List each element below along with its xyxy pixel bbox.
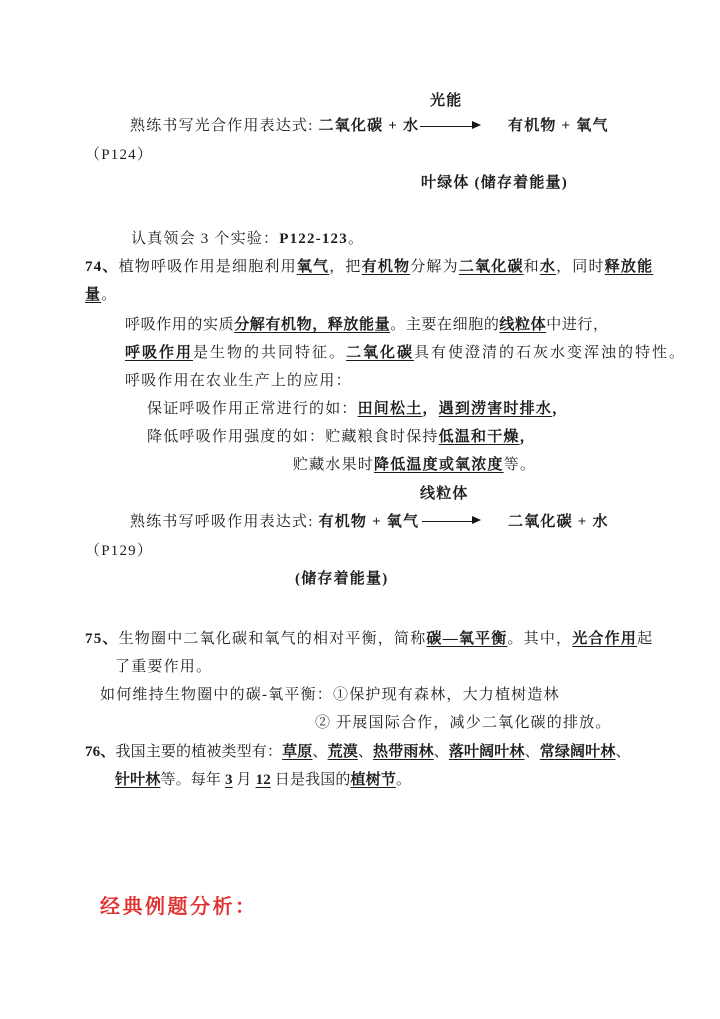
text-segment: 认真领会 3 个实验： [131,231,279,247]
text-segment: 具有使澄清的石灰水变浑浊的特性。 [414,345,686,361]
text-segment: （P124） [85,147,153,163]
document-page: 光能熟练书写光合作用表达式: 二氧化碳 + 水有机物 + 氧气（P124）叶绿体… [0,0,720,1019]
text-segment: ， [520,429,536,445]
text-segment: 、 [312,744,327,760]
text-segment: 碳—氧平衡 [426,631,507,647]
text-segment: 日是我国的 [271,772,351,788]
text-segment: (储存着能量) [295,571,388,587]
text-segment: 、 [616,744,631,760]
text-segment: 、 [525,744,540,760]
text-segment: 。 [348,231,364,247]
text-segment: 二氧化碳 + 水 [508,514,609,530]
text-segment: 经典例题分析： [100,896,258,918]
item-75-line-2: 了重要作用。 [115,659,212,676]
text-segment: 呼吸作用在农业生产上的应用： [125,373,352,389]
text-segment: 中进行， [546,317,608,333]
text-segment: 3 [225,772,233,788]
text-segment: 光能 [430,93,462,109]
text-segment: 降低温度或氧浓度 [374,457,504,473]
text-segment: 是生物的共同特征。 [193,345,346,361]
respiration-feature-line: 呼吸作用是生物的共同特征。二氧化碳具有使澄清的石灰水变浑浊的特性。 [125,345,686,362]
text-segment: 释放能 [605,259,654,275]
text-segment: 、 [434,744,449,760]
respiration-site-label: 线粒体 [420,486,469,503]
text-segment: 线粒体 [499,317,546,333]
application-fruit-line: 贮藏水果时降低温度或氧浓度等。 [293,457,536,474]
text-segment: ，同时 [556,259,605,275]
text-segment: 74、 [85,259,119,275]
text-segment: ② 开展国际合作，减少二氧化碳的排放。 [315,715,612,731]
item-74-line-2: 量。 [85,287,117,304]
text-segment: 有机物 + 氧气 [508,118,609,134]
photosynthesis-formula-left: 熟练书写光合作用表达式: 二氧化碳 + 水 [130,118,419,135]
section-heading-classic-examples: 经典例题分析： [100,899,258,916]
respiration-formula-left: 熟练书写呼吸作用表达式: 有机物 + 氧气 [130,514,419,531]
photosynthesis-site-label: 叶绿体 (储存着能量) [421,175,568,192]
text-segment: 叶绿体 (储存着能量) [421,175,568,191]
text-segment: 落叶阔叶林 [449,744,525,760]
text-segment: 等。 [504,457,536,473]
text-segment: 。其中， [507,631,572,647]
respiration-formula-right: 二氧化碳 + 水 [508,514,609,531]
text-segment: 针叶林 [115,772,160,788]
text-segment: 二氧化碳 [346,345,414,361]
page-ref-p124: （P124） [85,147,153,164]
text-segment: 了重要作用。 [115,659,212,675]
text-segment: 线粒体 [420,486,469,502]
text-segment: 草原 [282,744,312,760]
text-segment: 有机物 + 氧气 [319,514,420,530]
respiration-arrow-icon [422,521,472,522]
item-75-line-1: 75、生物圈中二氧化碳和氧气的相对平衡，简称碳—氧平衡。其中，光合作用起 [85,631,653,648]
text-segment: 低温和干燥 [439,429,520,445]
text-segment: 二氧化碳 [459,259,524,275]
text-segment: 氧气 [297,259,329,275]
text-segment: 75、 [85,631,119,647]
text-segment: P122-123 [279,231,348,247]
text-segment: 12 [256,772,271,788]
text-segment: 等。每年 [160,772,225,788]
text-segment: 热带雨林 [373,744,434,760]
text-segment: 呼吸作用的实质 [125,317,234,333]
respiration-essence-line: 呼吸作用的实质分解有机物，释放能量。主要在细胞的线粒体中进行， [125,317,609,334]
carbon-oxygen-balance-line-1: 如何维持生物圈中的碳-氧平衡：①保护现有森林，大力植树造林 [100,687,560,704]
application-reduce-line: 降低呼吸作用强度的如：贮藏粮食时保持低温和干燥， [147,429,536,446]
text-segment: 保证呼吸作用正常进行的如： [147,401,358,417]
text-segment: 荒漠 [328,744,358,760]
text-segment: 田间松土 [358,401,423,417]
text-segment: 常绿阔叶林 [540,744,616,760]
text-segment: 分解有机物，释放能量 [234,317,390,333]
photosynthesis-condition-label: 光能 [430,93,462,110]
text-segment: 和 [524,259,540,275]
text-segment: ， [552,401,568,417]
text-segment: 呼吸作用 [125,345,193,361]
text-segment: 植物呼吸作用是细胞利用 [119,259,297,275]
text-segment: 。 [101,287,117,303]
photosynthesis-formula-right: 有机物 + 氧气 [508,118,609,135]
text-segment: 熟练书写呼吸作用表达式: [130,514,319,530]
text-segment: 。 [396,772,411,788]
text-segment: 生物圈中二氧化碳和氧气的相对平衡，简称 [119,631,427,647]
energy-stored-label: (储存着能量) [295,571,388,588]
photosynthesis-arrow-icon [420,126,472,127]
text-segment: 降低呼吸作用强度的如：贮藏粮食时保持 [147,429,439,445]
respiration-application-heading: 呼吸作用在农业生产上的应用： [125,373,352,390]
text-segment: 植树节 [351,772,396,788]
text-segment: 起 [637,631,653,647]
text-segment: 。主要在细胞的 [390,317,499,333]
text-segment: 我国主要的植被类型有： [115,744,282,760]
text-segment: 遇到涝害时排水 [439,401,552,417]
item-76-line-2: 针叶林等。每年 3 月 12 日是我国的植树节。 [115,772,411,789]
text-segment: 如何维持生物圈中的碳-氧平衡：①保护现有森林，大力植树造林 [100,687,560,703]
carbon-oxygen-balance-line-2: ② 开展国际合作，减少二氧化碳的排放。 [315,715,612,732]
text-segment: 量 [85,287,101,303]
text-segment: 分解为 [410,259,459,275]
text-segment: ，把 [329,259,361,275]
application-ensure-line: 保证呼吸作用正常进行的如：田间松土，遇到涝害时排水， [147,401,568,418]
text-segment: 贮藏水果时 [293,457,374,473]
text-segment: （P129） [85,543,153,559]
text-segment: 月 [233,772,256,788]
text-segment: ， [422,401,438,417]
text-segment: 二氧化碳 + 水 [319,118,420,134]
text-segment: 水 [540,259,556,275]
experiments-note: 认真领会 3 个实验：P122-123。 [131,231,364,248]
text-segment: 光合作用 [572,631,637,647]
text-segment: 有机物 [362,259,411,275]
text-segment: 76、 [85,744,115,760]
page-ref-p129: （P129） [85,543,153,560]
text-segment: 熟练书写光合作用表达式: [130,118,319,134]
item-74-line-1: 74、植物呼吸作用是细胞利用氧气，把有机物分解为二氧化碳和水，同时释放能 [85,259,653,276]
item-76-line-1: 76、我国主要的植被类型有：草原、荒漠、热带雨林、落叶阔叶林、常绿阔叶林、 [85,744,631,761]
text-segment: 、 [358,744,373,760]
